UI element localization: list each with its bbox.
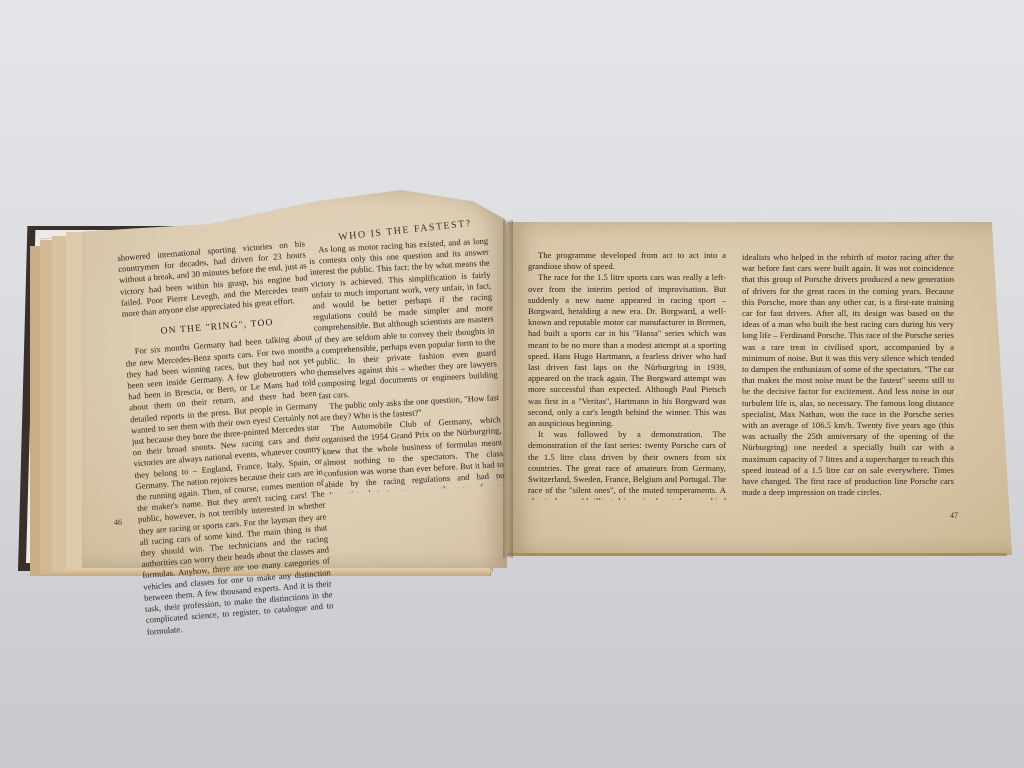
paragraph: As long as motor racing has existed, and…: [308, 236, 499, 402]
paragraph: It was followed by a demonstration. The …: [528, 429, 726, 500]
paragraph: For six months Germany had been talking …: [124, 332, 334, 637]
paragraph: The programme developed from act to act …: [528, 250, 726, 272]
paragraph: idealists who helped in the rebirth of m…: [742, 252, 954, 498]
paragraph: The Automobile Club of Germany, which or…: [321, 414, 506, 494]
paragraph: showered international sporting victorie…: [117, 238, 310, 320]
right-page-edge: [507, 553, 1007, 556]
left-page-column-1: showered international sporting victorie…: [117, 238, 335, 637]
page-number-right: 47: [950, 511, 958, 520]
right-page-column-1: The programme developed from act to act …: [528, 250, 726, 500]
page-number-left: 46: [114, 518, 122, 527]
photo-scene: showered international sporting victorie…: [0, 0, 1024, 768]
right-page-column-2: idealists who helped in the rebirth of m…: [742, 252, 954, 500]
paragraph: The race for the 1.5 litre sports cars w…: [528, 272, 726, 429]
book-gutter: [503, 220, 513, 558]
left-page-column-2: As long as motor racing has existed, and…: [308, 236, 505, 495]
paragraph: Thirty cars participated in the world ch…: [742, 498, 954, 500]
